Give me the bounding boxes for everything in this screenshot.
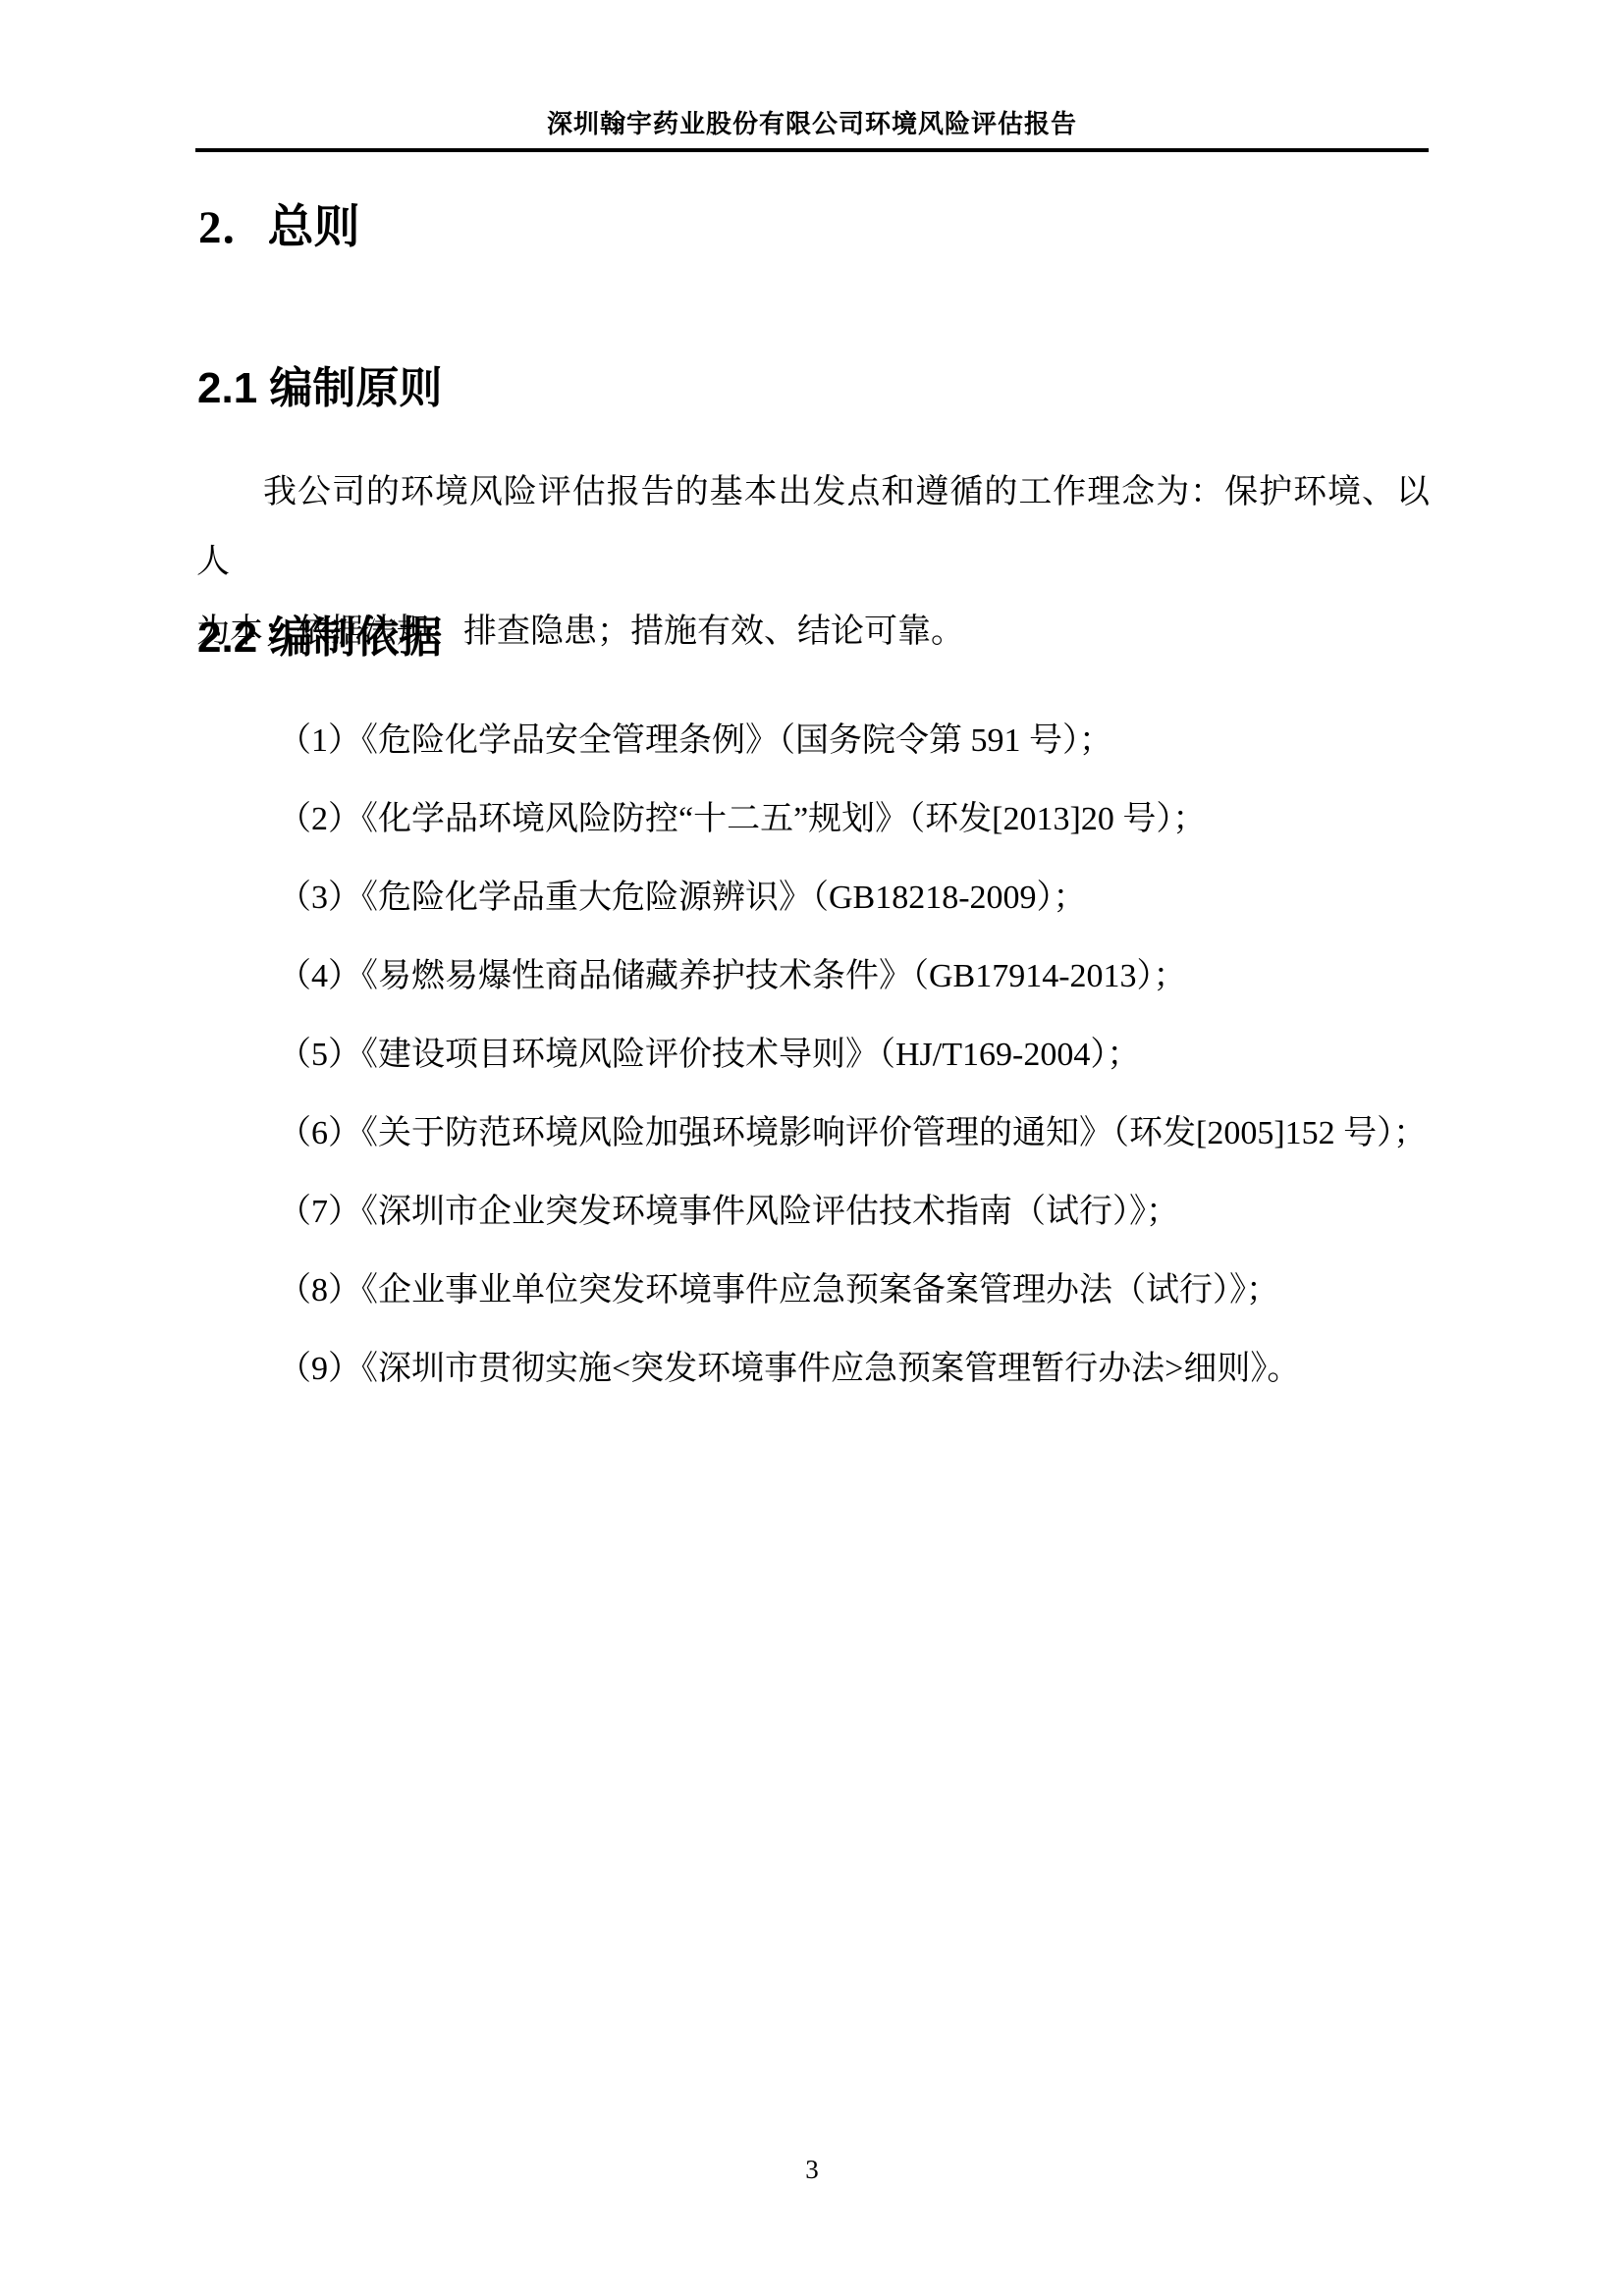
reference-item-4: （4）《易燃易爆性商品储藏养护技术条件》（GB17914-2013）；	[278, 960, 1466, 993]
reference-item-7: （7）《深圳市企业突发环境事件风险评估技术指南（试行）》；	[278, 1196, 1466, 1229]
section-heading-2-1: 2.1 编制原则	[197, 365, 442, 412]
page-header-title: 深圳翰宇药业股份有限公司环境风险评估报告	[196, 108, 1428, 141]
reference-item-5: （5）《建设项目环境风险评价技术导则》（HJ/T169-2004）；	[278, 1039, 1466, 1072]
page-number: 3	[196, 2152, 1428, 2187]
document-page: 深圳翰宇药业股份有限公司环境风险评估报告 2．总则 2.1 编制原则 我公司的环…	[0, 0, 1624, 2296]
header-divider-line	[195, 148, 1429, 152]
chapter-heading: 2．总则	[198, 201, 360, 254]
reference-item-3: （3）《危险化学品重大危险源辨识》（GB18218-2009）；	[278, 881, 1466, 915]
section-heading-2-2: 2.2 编制依据	[197, 614, 442, 662]
reference-list: （1）《危险化学品安全管理条例》（国务院令第 591 号）； （2）《化学品环境…	[278, 724, 1466, 1431]
reference-item-8: （8）《企业事业单位突发环境事件应急预案备案管理办法（试行）》；	[278, 1274, 1466, 1308]
reference-item-9: （9）《深圳市贯彻实施<突发环境事件应急预案管理暂行办法>细则》。	[278, 1353, 1466, 1386]
reference-item-6: （6）《关于防范环境风险加强环境影响评价管理的通知》（环发[2005]152 号…	[278, 1117, 1466, 1150]
reference-item-1: （1）《危险化学品安全管理条例》（国务院令第 591 号）；	[278, 724, 1466, 758]
reference-item-2: （2）《化学品环境风险防控“十二五”规划》（环发[2013]20 号）；	[278, 803, 1466, 836]
